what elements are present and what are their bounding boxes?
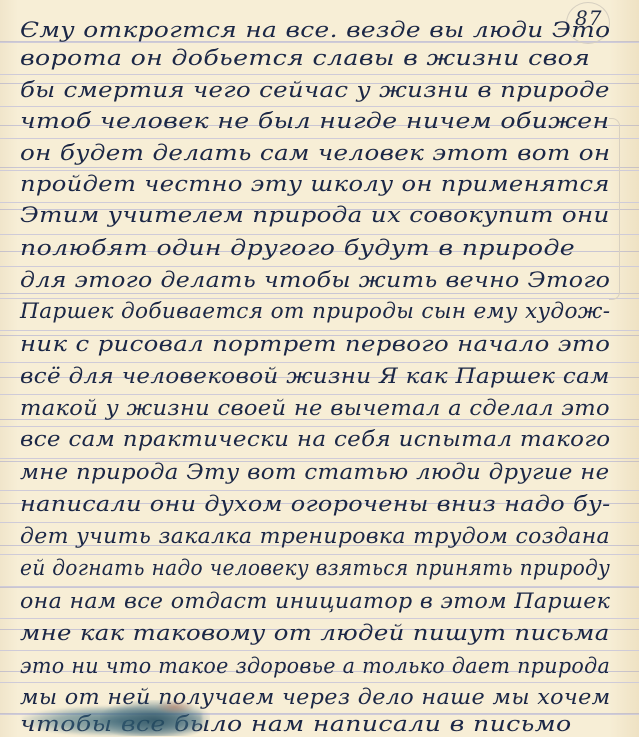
text-line: пройдет честно эту школу он применятся xyxy=(20,168,610,200)
text-line: Этим учителем природа их совокупит они xyxy=(20,199,610,231)
text-line: это ни что такое здоровье а только дает … xyxy=(20,650,610,682)
text-line: дет учить закалка тренировка трудом созд… xyxy=(20,520,610,552)
text-line: написали они духом огорочены вниз надо б… xyxy=(20,488,611,520)
stain-mark xyxy=(155,700,195,714)
text-line: всё для человековой жизни Я как Паршек с… xyxy=(20,360,610,392)
text-line: все сам практически на себя испытал тако… xyxy=(20,423,610,455)
text-line: она нам все отдаст инициатор в этом Парш… xyxy=(20,585,610,617)
text-line: он будет делать сам человек этот вот он xyxy=(20,137,610,169)
text-line: такой у жизни своей не вычетал а сделал … xyxy=(20,392,610,424)
text-line: ворота он добьется славы в жизни своя xyxy=(20,42,590,74)
margin-bracket-icon xyxy=(609,118,620,300)
text-line: чтоб человек не был нигде ничем обижен xyxy=(20,105,609,137)
text-line: ник с рисовал портрет первого начало это xyxy=(20,328,610,360)
text-line: мне как таковому от людей пишут письма xyxy=(20,617,610,649)
text-line: бы смертия чего сейчас у жизни в природе xyxy=(20,74,610,106)
manuscript-page: 87 Єму открогтся на все. везде вы люди Э… xyxy=(0,0,639,737)
text-line: для этого делать чтобы жить вечно Этого xyxy=(20,264,610,296)
text-line: мне природа Эту вот статью люди другие н… xyxy=(20,456,609,488)
text-line: полюбят один другого будут в природе xyxy=(20,232,575,264)
text-line: ей догнать надо человеку взяться принять… xyxy=(20,552,610,584)
text-line: Паршек добивается от природы сын ему худ… xyxy=(20,295,610,327)
